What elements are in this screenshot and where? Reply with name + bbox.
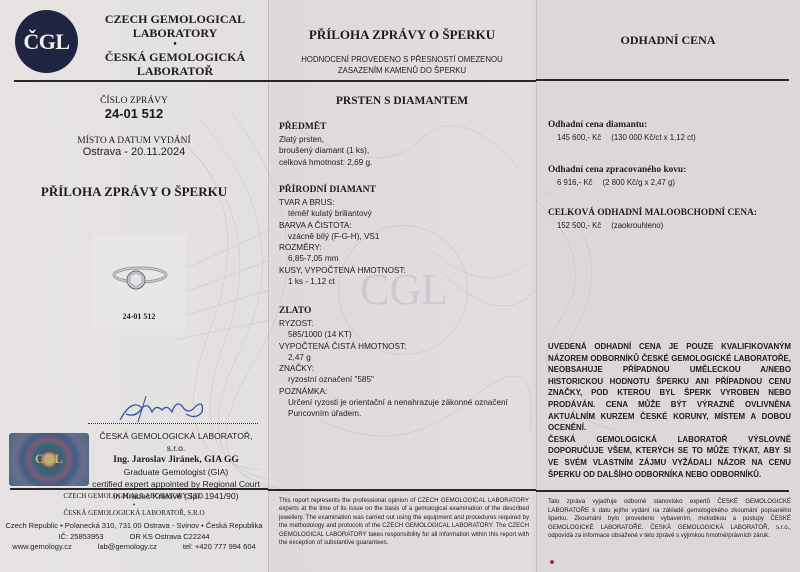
item-title: PRSTEN S DIAMANTEM <box>268 95 536 107</box>
field-value: 2,47 g <box>279 352 529 363</box>
separator-dot: • <box>90 40 260 50</box>
details-subtitle: HODNOCENÍ PROVEDENO S PŘESNOSTÍ OMEZENOU… <box>278 54 526 76</box>
diamond-heading: PŘÍRODNÍ DIAMANT <box>279 184 529 197</box>
diamond-price-heading: Odhadní cena diamantu: <box>548 119 793 132</box>
notice-paragraph-2: ČESKÁ GEMOLOGICKÁ LABORATOŘ VÝSLOVNĚ DOP… <box>548 434 791 480</box>
ring-image <box>92 235 186 305</box>
details-panel: PŘÍLOHA ZPRÁVY O ŠPERKU HODNOCENÍ PROVED… <box>268 0 536 572</box>
signer-title: Graduate Gemologist (GIA) <box>90 466 262 478</box>
ring-photo: 24-01 512 <box>92 235 186 329</box>
notice-paragraph-1: UVEDENÁ ODHADNÍ CENA JE POUZE KVALIFIKOV… <box>548 341 791 434</box>
signer-company: ČESKÁ GEMOLOGICKÁ LABORATOŘ, s.r.o. <box>90 430 262 454</box>
field-value: ryzostní označení "585" <box>279 374 529 385</box>
field-value: téměř kulatý briliantový <box>279 208 529 219</box>
field-value: 6,85-7,05 mm <box>279 253 529 264</box>
lab-name-en-2: LABORATORY <box>90 26 260 40</box>
field-value: 585/1000 (14 KT) <box>279 329 529 340</box>
subject-line: broušený diamant (1 ks), <box>279 145 529 156</box>
hologram-seal: CGL <box>9 433 89 486</box>
report-number-block: ČÍSLO ZPRÁVY 24-01 512 <box>0 96 268 121</box>
gold-heading: ZLATO <box>279 305 529 318</box>
diamond-price-calc: (130 000 Kč/ct x 1,12 ct) <box>611 133 696 142</box>
header-divider <box>536 79 789 81</box>
field-label: ZNAČKY: <box>279 363 529 374</box>
disclaimer-cz: Tato zpráva vyjadřuje odborné stanovisko… <box>548 498 791 541</box>
field-label: KUSY, VYPOČTENÁ HMOTNOST: <box>279 265 529 276</box>
signature-line <box>88 423 258 424</box>
metal-price: Odhadní cena zpracovaného kovu: 6 916,- … <box>548 164 793 188</box>
metal-price-value: 6 916,- Kč <box>557 178 593 187</box>
cover-title: PŘÍLOHA ZPRÁVY O ŠPERKU <box>0 184 268 200</box>
details-title: PŘÍLOHA ZPRÁVY O ŠPERKU <box>268 27 536 43</box>
metal-price-calc: (2 800 Kč/g x 2,47 g) <box>603 178 675 187</box>
footer-lab-en: CZECH GEMOLOGICAL LABORATORY, LTD. <box>0 491 268 502</box>
red-dot-mark <box>550 560 554 564</box>
footer-phone: tel: +420 777 994 604 <box>183 542 256 553</box>
lab-name: CZECH GEMOLOGICAL LABORATORY • ČESKÁ GEM… <box>90 12 260 78</box>
field-value: 1 ks - 1,12 ct <box>279 276 529 287</box>
subject-line: Zlatý prsten, <box>279 134 529 145</box>
report-number-label: ČÍSLO ZPRÁVY <box>0 96 268 106</box>
field-label: RYZOST: <box>279 318 529 329</box>
metal-price-heading: Odhadní cena zpracovaného kovu: <box>548 164 793 177</box>
subject-heading: PŘEDMĚT <box>279 121 529 134</box>
field-label: TVAR A BRUS: <box>279 197 529 208</box>
total-price: CELKOVÁ ODHADNÍ MALOOBCHODNÍ CENA: 152 5… <box>548 207 793 231</box>
diamond-section: PŘÍRODNÍ DIAMANT TVAR A BRUS: téměř kula… <box>279 184 529 287</box>
footer-email-link[interactable]: lab@gemology.cz <box>98 542 157 553</box>
field-label: POZNÁMKA: <box>279 386 529 397</box>
valuation-title: ODHADNÍ CENA <box>536 33 800 48</box>
hologram-text: CGL <box>9 451 89 467</box>
field-label: BARVA A ČISTOTA: <box>279 220 529 231</box>
total-price-value: 152 500,- Kč <box>557 221 601 230</box>
field-label: VYPOČTENÁ ČISTÁ HMOTNOST: <box>279 341 529 352</box>
certificate-sheet: ČGL CZECH GEMOLOGICAL LABORATORY • ČESKÁ… <box>0 0 800 572</box>
subject-section: PŘEDMĚT Zlatý prsten, broušený diamant (… <box>279 121 529 168</box>
footer-website-link[interactable]: www.gemology.cz <box>12 542 71 553</box>
lab-contact-footer: CZECH GEMOLOGICAL LABORATORY, LTD. • ČES… <box>0 491 268 553</box>
cgl-logo: ČGL <box>15 10 78 73</box>
signer-name: Ing. Jaroslav Jiránek, GIA GG <box>90 454 262 466</box>
diamond-price: Odhadní cena diamantu: 145 600,- Kč(130 … <box>548 119 793 143</box>
total-price-heading: CELKOVÁ ODHADNÍ MALOOBCHODNÍ CENA: <box>548 207 793 220</box>
gold-section: ZLATO RYZOST: 585/1000 (14 KT) VYPOČTENÁ… <box>279 305 529 420</box>
place-date: Ostrava - 20.11.2024 <box>0 146 268 158</box>
field-value: vzácně bílý (F-G-H), VS1 <box>279 231 529 242</box>
lab-name-en-1: CZECH GEMOLOGICAL <box>90 12 260 26</box>
total-price-calc: (zaokrouhleno) <box>611 221 663 230</box>
valuation-panel: ODHADNÍ CENA Odhadní cena diamantu: 145 … <box>536 0 800 572</box>
footer-divider <box>268 489 536 491</box>
logo-text: ČGL <box>23 29 69 55</box>
lab-name-cz-2: LABORATOŘ <box>90 64 260 78</box>
field-value: Určení ryzosti je orientační a nenahrazu… <box>279 397 529 420</box>
footer-divider <box>10 488 268 490</box>
footer-or: OR KS Ostrava C22244 <box>130 532 210 543</box>
footer-address: Czech Republic • Polanecká 310, 731 00 O… <box>0 521 268 532</box>
footer-lab-cz: ČESKÁ GEMOLOGICKÁ LABORATOŘ, S.R.O <box>0 508 268 519</box>
diamond-price-value: 145 600,- Kč <box>557 133 601 142</box>
cover-panel: ČGL CZECH GEMOLOGICAL LABORATORY • ČESKÁ… <box>0 0 268 572</box>
footer-ic: IČ: 25853953 <box>58 532 103 543</box>
signature <box>112 394 212 424</box>
photo-caption: 24-01 512 <box>92 312 186 321</box>
place-date-label: MÍSTO A DATUM VYDÁNÍ <box>0 136 268 146</box>
subject-line: celková hmotnost: 2,69 g. <box>279 157 529 168</box>
header-divider <box>14 80 268 82</box>
report-number: 24-01 512 <box>0 106 268 121</box>
place-date-block: MÍSTO A DATUM VYDÁNÍ Ostrava - 20.11.202… <box>0 136 268 158</box>
field-label: ROZMĚRY: <box>279 242 529 253</box>
lab-name-cz-1: ČESKÁ GEMOLOGICKÁ <box>90 50 260 64</box>
header-divider <box>268 80 536 82</box>
valuation-notice: UVEDENÁ ODHADNÍ CENA JE POUZE KVALIFIKOV… <box>548 341 791 480</box>
footer-divider <box>536 490 789 492</box>
disclaimer-en: This report represents the professional … <box>279 497 529 547</box>
